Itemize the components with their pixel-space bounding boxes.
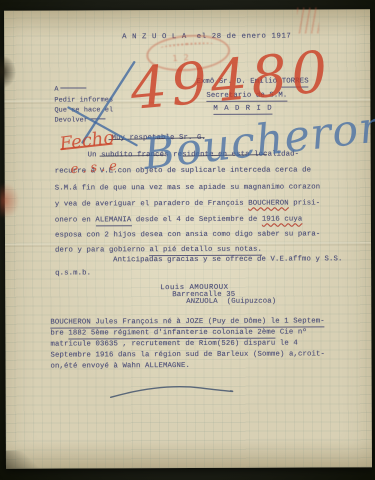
letter-page: A N Z U O L A el 28 de enero 1917 12 Exm… xyxy=(4,9,372,469)
closing-line-1: Anticipadas gracias y se ofrece de V.E.a… xyxy=(113,255,342,265)
signature-town: ANZUOLA (Guipuzcoa) xyxy=(186,298,276,307)
body-line-7: dero y para gobierno al pié detallo sus … xyxy=(55,246,262,256)
body-line-3: S.M.á fin de que una vez mas se apiade s… xyxy=(55,183,320,193)
ink-flourish xyxy=(106,375,236,406)
date-red-highlight: 1916 cuya xyxy=(262,216,303,224)
red-pencil-marks xyxy=(297,7,319,33)
edge-stain-red xyxy=(0,183,20,219)
body-line-4: y vea de averiguar el paradero de Franço… xyxy=(55,199,320,209)
body-line-5: onero en ALEMANIA desde el 4 de Septiemb… xyxy=(55,216,303,226)
corner-shadow xyxy=(6,451,46,469)
edge-stain-dark xyxy=(0,55,16,89)
postscript-line-4: Septembre 1916 dans la région sud de Bar… xyxy=(50,350,324,360)
closing-line-2: q.s.m.b. xyxy=(55,269,91,278)
postscript-line-3: matricule 03635 , recrutement de Riom(52… xyxy=(50,340,297,350)
postscript-line-5: on,été envoyé à Wahn ALLEMAGNE. xyxy=(51,362,191,372)
body-line-6: esposa con 2 hijos desea con ansia como … xyxy=(55,230,320,240)
scanned-letter: A N Z U O L A el 28 de enero 1917 12 Exm… xyxy=(0,0,375,480)
postscript-line-1: BOUCHERON Jules François né à JOZE (Puy … xyxy=(50,317,324,327)
alemania-underlined: ALEMANIA xyxy=(95,216,131,226)
boucheron-typed-highlight: BOUCHERON xyxy=(248,200,289,208)
postscript-line-2: bre 1882 5ème régiment d'infanterie colo… xyxy=(50,328,306,338)
